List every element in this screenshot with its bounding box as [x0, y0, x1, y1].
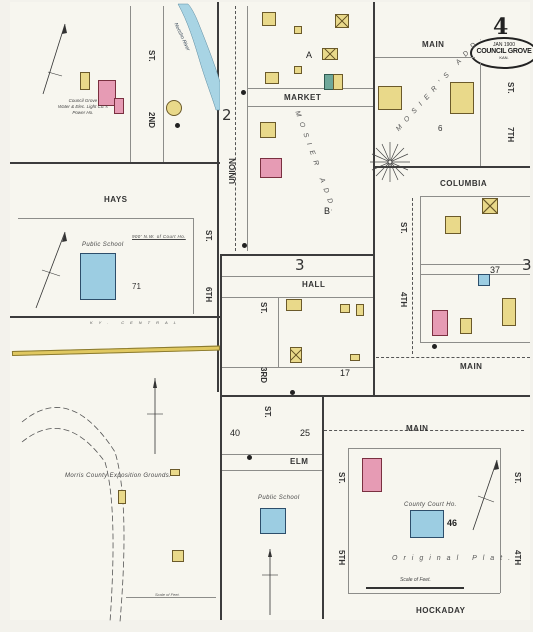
neosho-river	[170, 2, 220, 112]
building	[294, 26, 302, 34]
block-number-46: 46	[447, 518, 457, 528]
public-school-building	[80, 253, 116, 300]
street-label-6th: 6TH	[204, 287, 213, 302]
building	[262, 12, 276, 26]
street-edge	[420, 274, 530, 275]
block-number-40: 40	[230, 428, 240, 438]
north-arrow	[470, 458, 500, 533]
street-label-main-bottom: MAIN	[406, 424, 428, 433]
building	[335, 14, 349, 28]
street-edge	[222, 367, 373, 368]
frame-line	[220, 395, 530, 397]
building	[445, 216, 461, 234]
baptist-church	[260, 158, 282, 178]
water-tank	[166, 100, 182, 116]
frame-line	[10, 162, 220, 164]
street-edge	[480, 62, 481, 166]
street-edge	[278, 297, 279, 367]
block-number-6: 6	[438, 124, 442, 133]
power-house-annex	[114, 98, 124, 114]
street-label-4th: 4TH	[399, 292, 408, 307]
hydrant	[241, 90, 246, 95]
section-number-3-right: 3	[522, 256, 532, 274]
street-label-elm: ELM	[290, 457, 308, 466]
frame-line	[220, 254, 222, 620]
street-label-st: ST.	[259, 302, 268, 314]
street-label-2nd: 2ND	[147, 112, 156, 128]
public-school-label: Public School	[82, 242, 124, 248]
building	[290, 347, 302, 363]
street-label-columbia: COLUMBIA	[440, 179, 487, 188]
street-label-st: ST.	[204, 230, 213, 242]
building	[260, 122, 276, 138]
scale-bar	[366, 587, 464, 589]
street-edge	[420, 196, 421, 342]
street-label-st: ST.	[399, 222, 408, 234]
street-label-hockaday: HOCKADAY	[416, 606, 466, 615]
hydrant	[432, 344, 437, 349]
street-label-3rd: 3RD	[259, 367, 268, 383]
block-edge	[348, 448, 349, 593]
street-label-hall: HALL	[302, 280, 325, 289]
north-arrow	[260, 547, 280, 617]
street-label-st: ST.	[513, 472, 522, 484]
block-number-71: 71	[132, 282, 141, 291]
dashed-line	[376, 357, 530, 358]
frame-line	[10, 316, 220, 318]
street-label-union: UNION	[228, 158, 237, 184]
street-edge	[247, 6, 248, 251]
exposition-label: Morris County Exposition Grounds.	[65, 473, 171, 479]
street-edge	[247, 88, 373, 89]
building	[450, 82, 474, 114]
street-label-hays: HAYS	[104, 195, 128, 204]
county-court-house	[410, 510, 444, 538]
court-house-label: County Court Ho.	[404, 502, 457, 508]
building	[333, 74, 343, 90]
building	[118, 490, 126, 504]
courthouse-annex	[362, 458, 382, 492]
building	[350, 354, 360, 361]
scale-label: Scale of Feet.	[400, 577, 431, 583]
building	[265, 72, 279, 84]
building	[170, 469, 180, 476]
street-label-st: ST.	[337, 472, 346, 484]
block-letter-a: A	[306, 50, 312, 60]
street-label-st: ST.	[506, 82, 515, 94]
street-edge	[247, 106, 373, 107]
title-state: KAN.	[472, 55, 533, 60]
street-label-st: ST.	[263, 406, 272, 418]
street-edge	[130, 6, 131, 162]
building	[460, 318, 472, 334]
m-e-church	[432, 310, 448, 336]
north-arrow	[30, 230, 70, 310]
railroad-track	[12, 346, 220, 356]
block-number-37: 37	[490, 265, 500, 275]
addition-label: MOSIER ADD.	[293, 110, 338, 218]
block-number-25: 25	[300, 428, 310, 438]
race-track	[20, 392, 140, 622]
building	[172, 550, 184, 562]
building	[340, 304, 350, 313]
street-edge	[420, 196, 530, 197]
north-arrow	[145, 376, 165, 456]
street-label-market: MARKET	[284, 93, 321, 102]
scale-bar	[126, 597, 216, 598]
distance-note: 900' N.W. of Court Ho.	[132, 234, 186, 239]
public-school-2-building	[260, 508, 286, 534]
rail-label: KY. CENTRAL	[90, 320, 182, 325]
compass-rose	[368, 140, 412, 184]
street-edge	[18, 218, 193, 219]
building	[482, 198, 498, 214]
building	[478, 274, 490, 286]
street-label-main-top: MAIN	[422, 40, 444, 49]
dashed-line	[412, 198, 413, 354]
frame-line	[373, 2, 375, 397]
building	[378, 86, 402, 110]
hydrant	[290, 390, 295, 395]
section-number-2: 2	[222, 106, 232, 124]
scale-label-small: Scale of Feet.	[155, 592, 180, 597]
hydrant	[175, 123, 180, 128]
street-label-7th: 7TH	[506, 127, 515, 142]
block-edge	[348, 448, 500, 449]
building	[322, 48, 338, 60]
street-edge	[222, 276, 373, 277]
street-edge	[420, 342, 530, 343]
street-edge	[193, 218, 194, 314]
street-label-st: ST.	[147, 50, 156, 62]
street-edge	[163, 6, 164, 162]
north-arrow	[40, 22, 70, 97]
hydrant	[247, 455, 252, 460]
street-label-main-right: MAIN	[460, 362, 482, 371]
building	[80, 72, 90, 90]
public-school-2-label: Public School	[258, 495, 300, 501]
street-edge	[222, 297, 373, 298]
street-edge	[222, 470, 322, 471]
title-city: COUNCIL GROVE	[472, 48, 533, 55]
building	[356, 304, 364, 316]
block-number-17: 17	[340, 368, 350, 378]
street-label-5th: 5TH	[337, 550, 346, 565]
hydrant	[242, 243, 247, 248]
power-house-label: Council Grove Water & Elec. Light Co.'s …	[58, 98, 108, 116]
street-edge	[420, 264, 530, 265]
dashed-line	[235, 6, 236, 251]
street-edge	[222, 454, 322, 455]
map-sheet: 4 JAN 1900 COUNCIL GROVE KAN. ST. 2ND Ne…	[10, 2, 530, 620]
block-edge	[348, 593, 500, 594]
section-number-3: 3	[295, 256, 305, 274]
block-edge	[500, 448, 501, 593]
building	[502, 298, 516, 326]
building	[294, 66, 302, 74]
building	[286, 299, 302, 311]
original-plat-label: Original Plat.	[392, 555, 516, 562]
